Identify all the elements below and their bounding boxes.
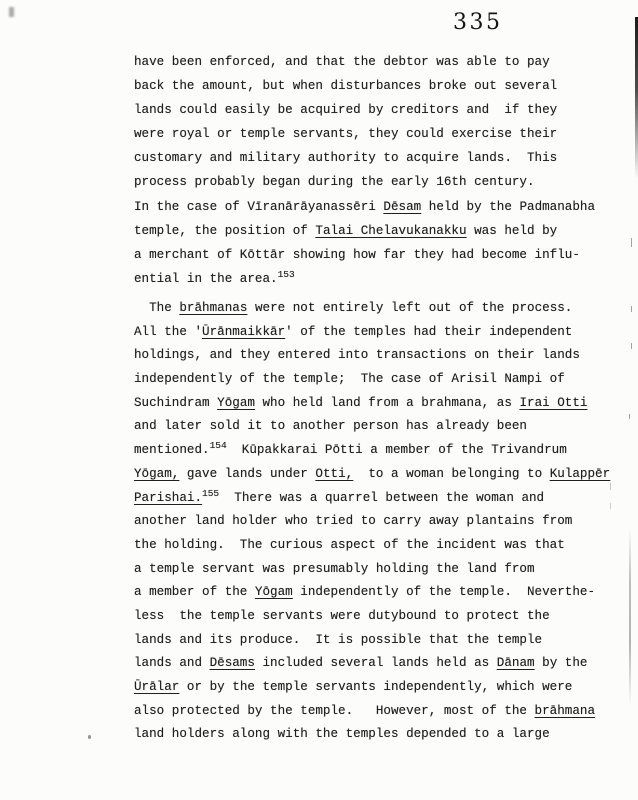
text-line: a merchant of Kōttār showing how far the… (134, 243, 595, 267)
text-line: independently of the temple; The case of… (134, 368, 610, 392)
text-segment: Otti, (315, 467, 353, 481)
text-segment: The (134, 301, 179, 315)
text-line: lands and Dēsams included several lands … (134, 652, 610, 676)
text-line: holdings, and they entered into transact… (134, 344, 610, 368)
text-segment: independently of the temple. Neverthe- (293, 585, 595, 599)
text-line: Parishai.155 There was a quarrel between… (134, 487, 610, 511)
footnote-reference: 154 (210, 440, 227, 451)
text-line: lands and its produce. It is possible th… (134, 629, 610, 653)
text-line: mentioned.154 Kūpakkarai Pōtti a member … (134, 439, 610, 463)
text-segment: less the temple servants were dutybound … (134, 609, 550, 623)
text-segment: ' of the temples had their independent (285, 325, 572, 339)
text-segment: Dānam (497, 656, 535, 670)
text-segment: included several lands held as (255, 656, 497, 670)
text-segment: All the ' (134, 325, 202, 339)
text-segment: ential in the area. (134, 272, 278, 286)
text-segment: Suchindram (134, 396, 217, 410)
text-line: land holders along with the temples depe… (134, 723, 610, 747)
text-segment: lands could easily be acquired by credit… (134, 103, 557, 117)
text-line: Ūrālar or by the temple servants indepen… (134, 676, 610, 700)
text-segment: a merchant of Kōttār showing how far the… (134, 248, 580, 262)
text-segment: Kulappēr (550, 467, 610, 481)
scan-artifact-tick (631, 306, 633, 312)
text-line: have been enforced, and that the debtor … (134, 50, 595, 74)
text-segment: Dēsams (210, 656, 255, 670)
text-line: ential in the area.153 (134, 267, 595, 291)
text-line: back the amount, but when disturbances b… (134, 74, 595, 98)
text-segment: gave lands under (179, 467, 315, 481)
text-segment: lands and its produce. It is possible th… (134, 633, 542, 647)
text-segment: customary and military authority to acqu… (134, 151, 557, 165)
text-segment: also protected by the temple. However, m… (134, 704, 535, 718)
text-segment: temple, the position of (134, 224, 315, 238)
text-line: another land holder who tried to carry a… (134, 510, 610, 534)
text-segment: Parishai. (134, 491, 202, 505)
text-segment: Talai Chelavukanakku (315, 224, 466, 238)
text-line: process probably began during the early … (134, 170, 595, 194)
text-segment: another land holder who tried to carry a… (134, 514, 572, 528)
scan-artifact-speck (9, 7, 14, 17)
text-segment: and later sold it to another person has … (134, 419, 527, 433)
scan-artifact-tick (631, 238, 633, 247)
text-segment: Ūrānmaikkār (202, 325, 285, 339)
text-line: The brāhmanas were not entirely left out… (134, 297, 610, 321)
footnote-reference: 153 (278, 269, 295, 280)
text-segment: were not entirely left out of the proces… (247, 301, 572, 315)
text-segment: In the case of Vīranārāyanassēri (134, 200, 383, 214)
text-segment: the holding. The curious aspect of the i… (134, 538, 565, 552)
text-segment: process probably began during the early … (134, 175, 535, 189)
text-line: a temple servant was presumably holding … (134, 558, 610, 582)
text-segment: by the (535, 656, 588, 670)
text-segment: lands and (134, 656, 210, 670)
text-segment: independently of the temple; The case of… (134, 372, 565, 386)
text-segment: a temple servant was presumably holding … (134, 562, 535, 576)
text-line: Yōgam, gave lands under Otti, to a woman… (134, 463, 610, 487)
text-line: Suchindram Yōgam who held land from a br… (134, 392, 610, 416)
text-line: were royal or temple servants, they coul… (134, 122, 595, 146)
text-line: All the 'Ūrānmaikkār' of the temples had… (134, 321, 610, 345)
text-line: also protected by the temple. However, m… (134, 700, 610, 724)
text-line: the holding. The curious aspect of the i… (134, 534, 610, 558)
text-segment: holdings, and they entered into transact… (134, 348, 580, 362)
text-segment: have been enforced, and that the debtor … (134, 55, 550, 69)
text-segment: a member of the (134, 585, 255, 599)
text-segment: There was a quarrel between the woman an… (219, 491, 544, 505)
text-segment: Yōgam (255, 585, 293, 599)
text-segment: Yōgam, (134, 467, 179, 481)
text-segment: Irai Otti (519, 396, 587, 410)
scanned-document-page: 335 have been enforced, and that the deb… (0, 0, 638, 800)
scan-artifact-tick (629, 414, 631, 419)
text-segment: held by the Padmanabha (421, 200, 595, 214)
text-segment: who held land from a brahmana, as (255, 396, 520, 410)
text-segment: mentioned. (134, 443, 210, 457)
text-segment: Yōgam (217, 396, 255, 410)
text-segment: Kūpakkarai Pōtti a member of the Trivand… (227, 443, 567, 457)
text-segment: Ūrālar (134, 680, 179, 694)
paragraph: have been enforced, and that the debtor … (134, 50, 595, 291)
text-segment: land holders along with the temples depe… (134, 727, 550, 741)
text-segment: brāhmanas (179, 301, 247, 315)
text-segment: Dēsam (383, 200, 421, 214)
text-segment: were royal or temple servants, they coul… (134, 127, 557, 141)
paragraph: The brāhmanas were not entirely left out… (134, 297, 610, 747)
scan-artifact-right-edge-faint-line (629, 528, 631, 706)
text-line: lands could easily be acquired by credit… (134, 98, 595, 122)
text-segment: back the amount, but when disturbances b… (134, 79, 557, 93)
text-line: and later sold it to another person has … (134, 415, 610, 439)
scan-artifact-speck (88, 735, 91, 739)
text-line: customary and military authority to acqu… (134, 146, 595, 170)
text-line: In the case of Vīranārāyanassēri Dēsam h… (134, 195, 595, 219)
text-line: a member of the Yōgam independently of t… (134, 581, 610, 605)
text-segment: brāhmana (535, 704, 595, 718)
text-line: less the temple servants were dutybound … (134, 605, 610, 629)
page-number: 335 (453, 10, 503, 35)
scan-artifact-tick (631, 343, 633, 349)
text-line: temple, the position of Talai Chelavukan… (134, 219, 595, 243)
text-segment: or by the temple servants independently,… (179, 680, 572, 694)
text-segment: to a woman belonging to (353, 467, 550, 481)
text-segment: was held by (467, 224, 558, 238)
footnote-reference: 155 (202, 488, 219, 499)
